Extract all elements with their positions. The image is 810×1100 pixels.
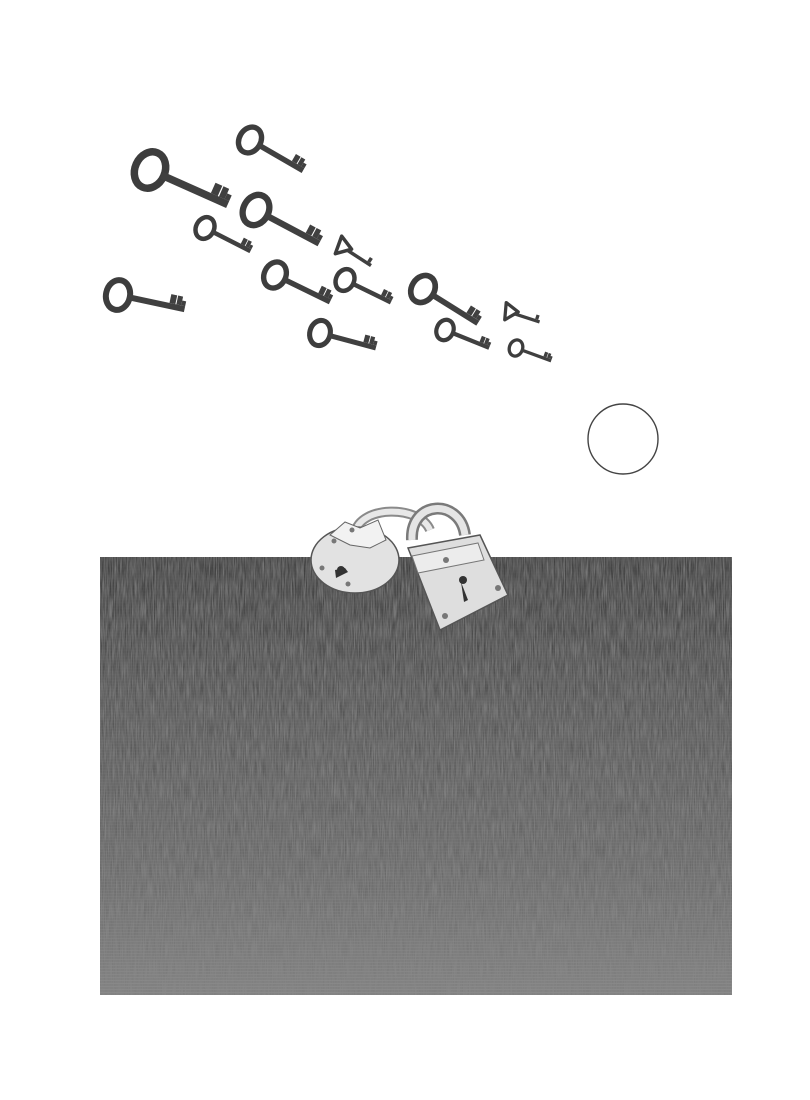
key-icon bbox=[332, 266, 396, 313]
key-icon bbox=[406, 271, 486, 335]
key-icon bbox=[129, 147, 236, 222]
moon-circle bbox=[588, 404, 658, 474]
key-icon bbox=[507, 338, 554, 369]
shaded-block bbox=[100, 557, 732, 995]
flying-keys bbox=[103, 123, 554, 369]
key-icon bbox=[234, 123, 310, 182]
key-icon bbox=[259, 258, 336, 314]
key-icon bbox=[103, 278, 187, 324]
key-icon bbox=[433, 317, 493, 357]
key-icon bbox=[307, 318, 379, 360]
key-icon bbox=[501, 303, 542, 331]
pencil-drawing-scene bbox=[0, 0, 810, 1100]
key-icon bbox=[332, 236, 376, 273]
drawing-canvas bbox=[0, 0, 810, 1100]
